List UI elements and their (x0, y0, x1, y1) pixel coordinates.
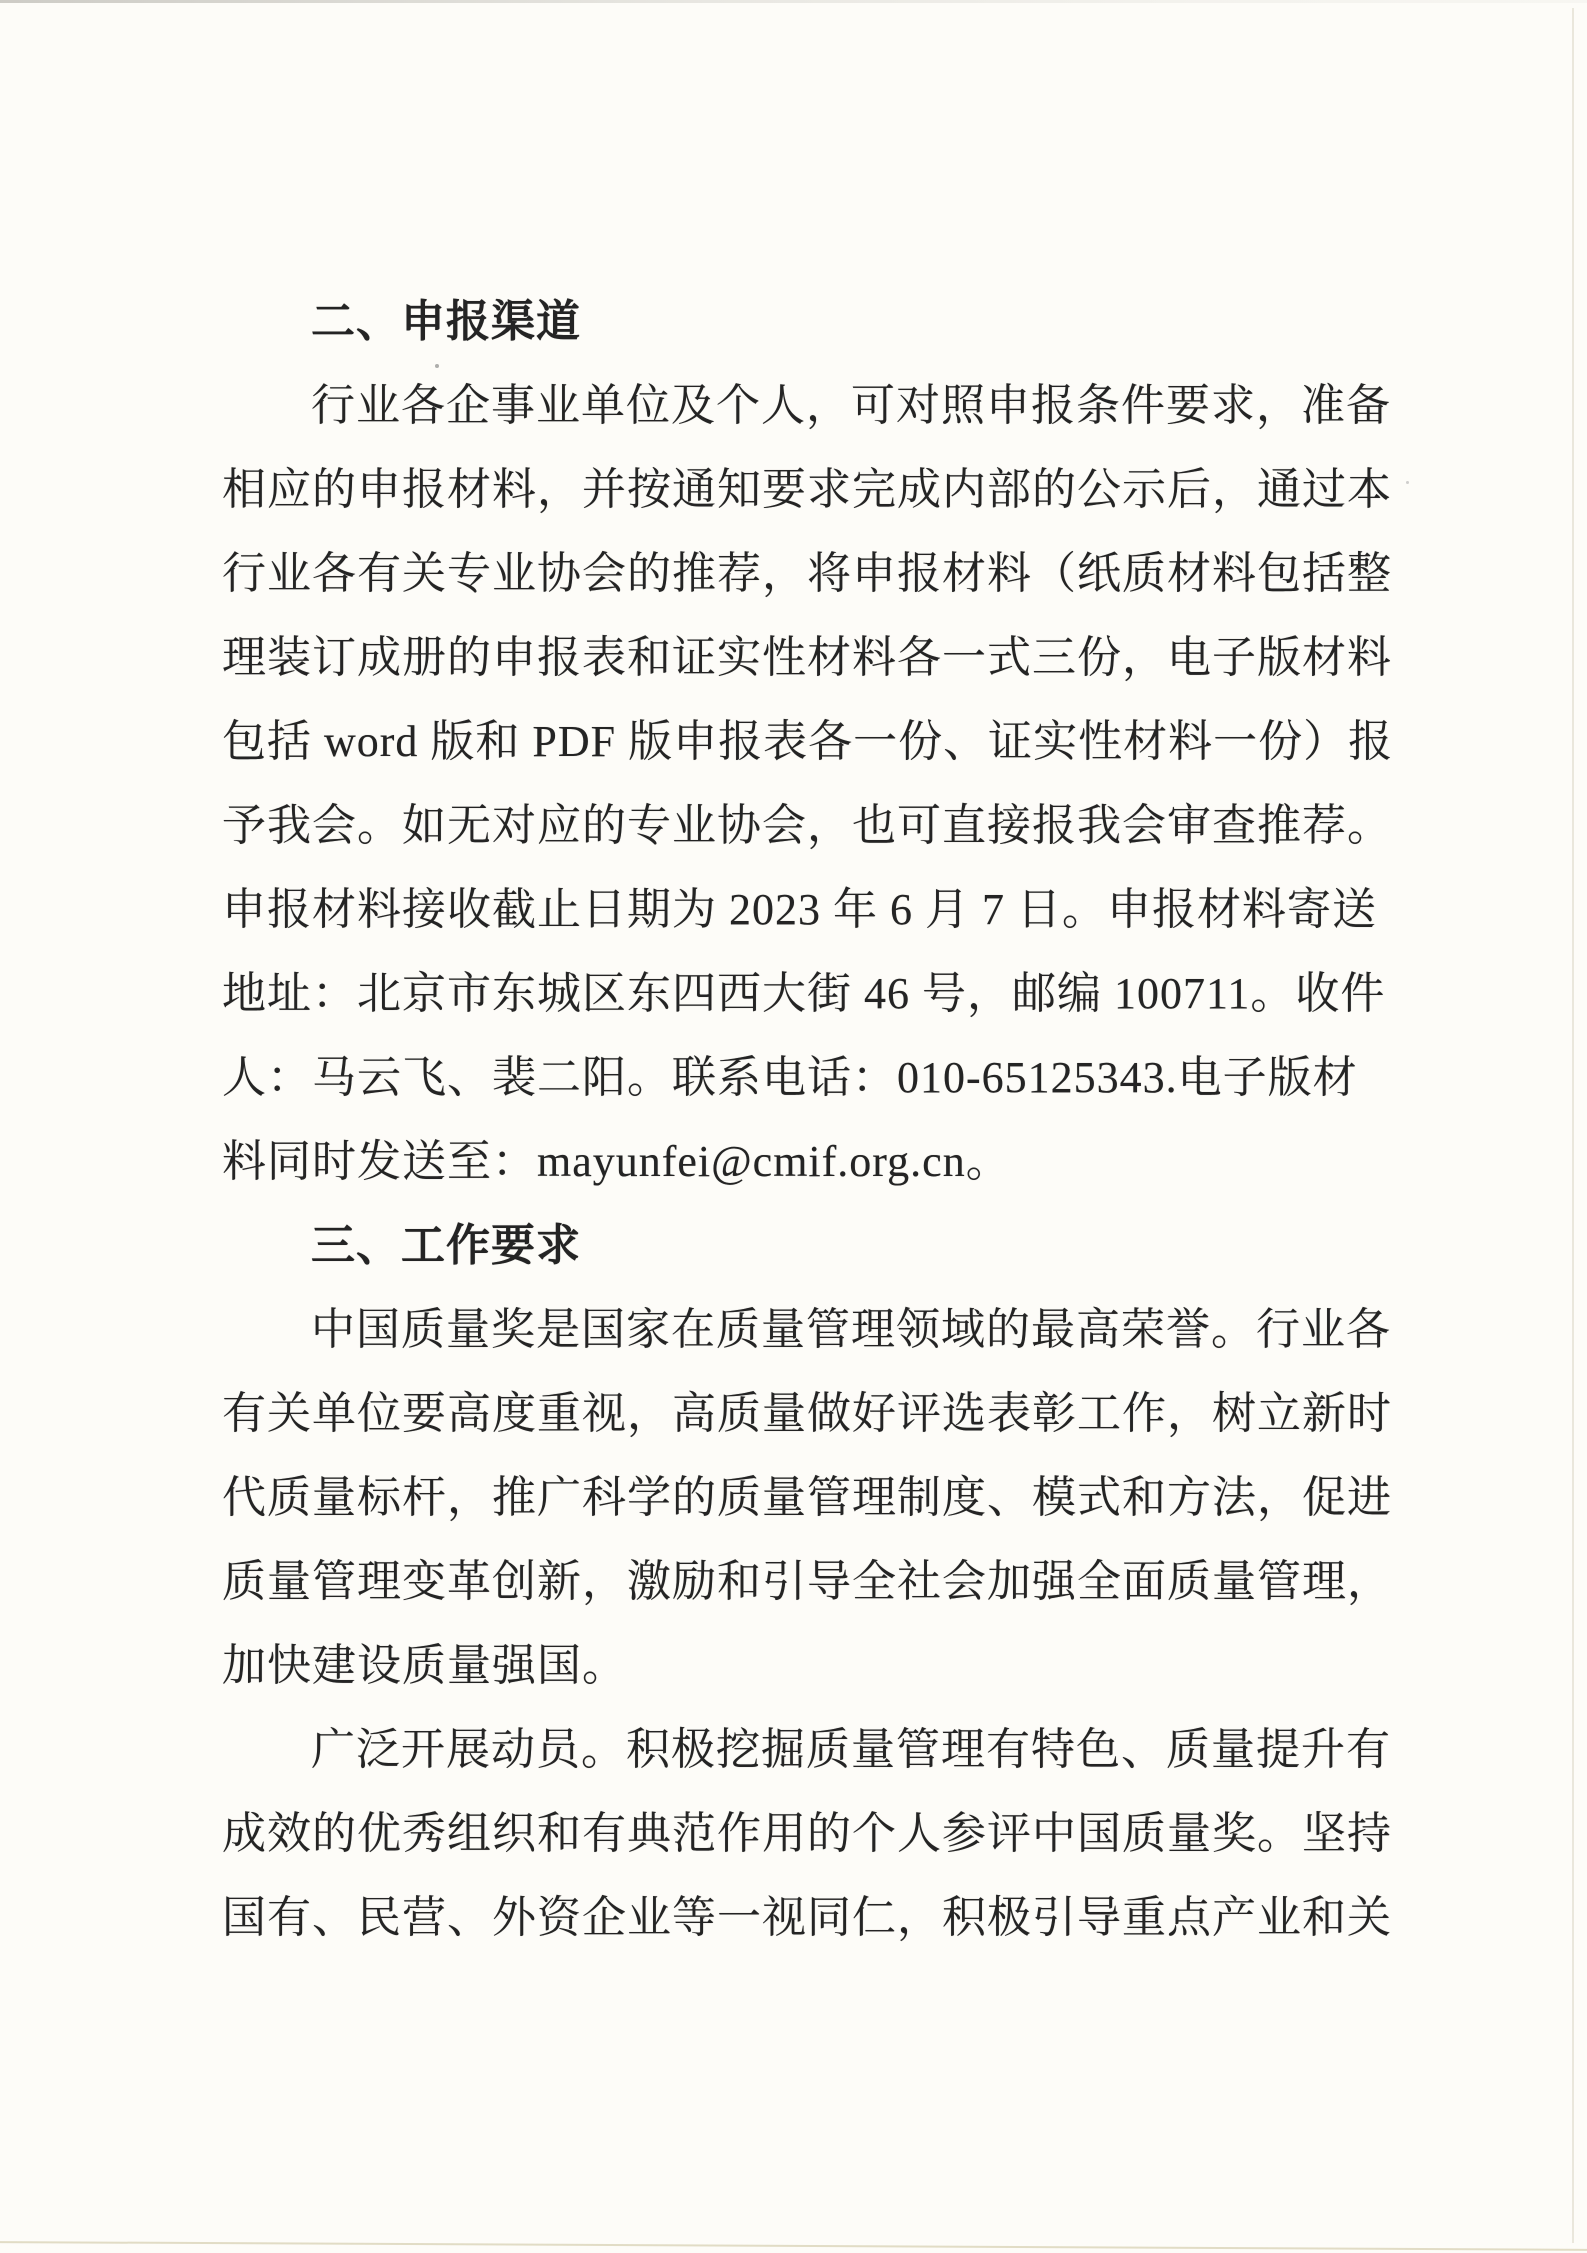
scan-edge-bottom (0, 2241, 1587, 2251)
text-line: 广泛开展动员。积极挖掘质量管理有特色、质量提升有 (222, 1708, 1402, 1792)
scan-edge-top (0, 0, 1587, 3)
scan-edge-right (1572, 8, 1574, 2243)
text-line: 予我会。如无对应的专业协会，也可直接报我会审查推荐。 (222, 784, 1402, 868)
text-line: 加快建设质量强国。 (222, 1624, 1402, 1708)
text-line: 中国质量奖是国家在质量管理领域的最高荣誉。行业各 (222, 1288, 1402, 1372)
section-heading: 三、工作要求 (222, 1204, 1402, 1288)
text-line: 质量管理变革创新，激励和引导全社会加强全面质量管理， (222, 1540, 1402, 1624)
text-line: 地址：北京市东城区东四西大街 46 号，邮编 100711。收件 (222, 952, 1402, 1036)
document-text: 二、申报渠道行业各企事业单位及个人，可对照申报条件要求，准备相应的申报材料，并按… (222, 280, 1402, 1960)
text-line: 行业各企事业单位及个人，可对照申报条件要求，准备 (222, 364, 1402, 448)
text-line: 人：马云飞、裴二阳。联系电话：010-65125343.电子版材 (222, 1036, 1402, 1120)
text-line: 申报材料接收截止日期为 2023 年 6 月 7 日。申报材料寄送 (222, 868, 1402, 952)
document-page: 二、申报渠道行业各企事业单位及个人，可对照申报条件要求，准备相应的申报材料，并按… (0, 0, 1587, 2253)
text-line: 包括 word 版和 PDF 版申报表各一份、证实性材料一份）报 (222, 700, 1402, 784)
text-line: 料同时发送至：mayunfei@cmif.org.cn。 (222, 1120, 1402, 1204)
text-line: 行业各有关专业协会的推荐，将申报材料（纸质材料包括整 (222, 532, 1402, 616)
text-line: 代质量标杆，推广科学的质量管理制度、模式和方法，促进 (222, 1456, 1402, 1540)
text-line: 相应的申报材料，并按通知要求完成内部的公示后，通过本 (222, 448, 1402, 532)
text-line: 有关单位要高度重视，高质量做好评选表彰工作，树立新时 (222, 1372, 1402, 1456)
text-line: 理装订成册的申报表和证实性材料各一式三份，电子版材料 (222, 616, 1402, 700)
section-heading: 二、申报渠道 (222, 280, 1402, 364)
text-line: 成效的优秀组织和有典范作用的个人参评中国质量奖。坚持 (222, 1792, 1402, 1876)
scan-speck (1406, 481, 1409, 484)
text-line: 国有、民营、外资企业等一视同仁，积极引导重点产业和关 (222, 1876, 1402, 1960)
